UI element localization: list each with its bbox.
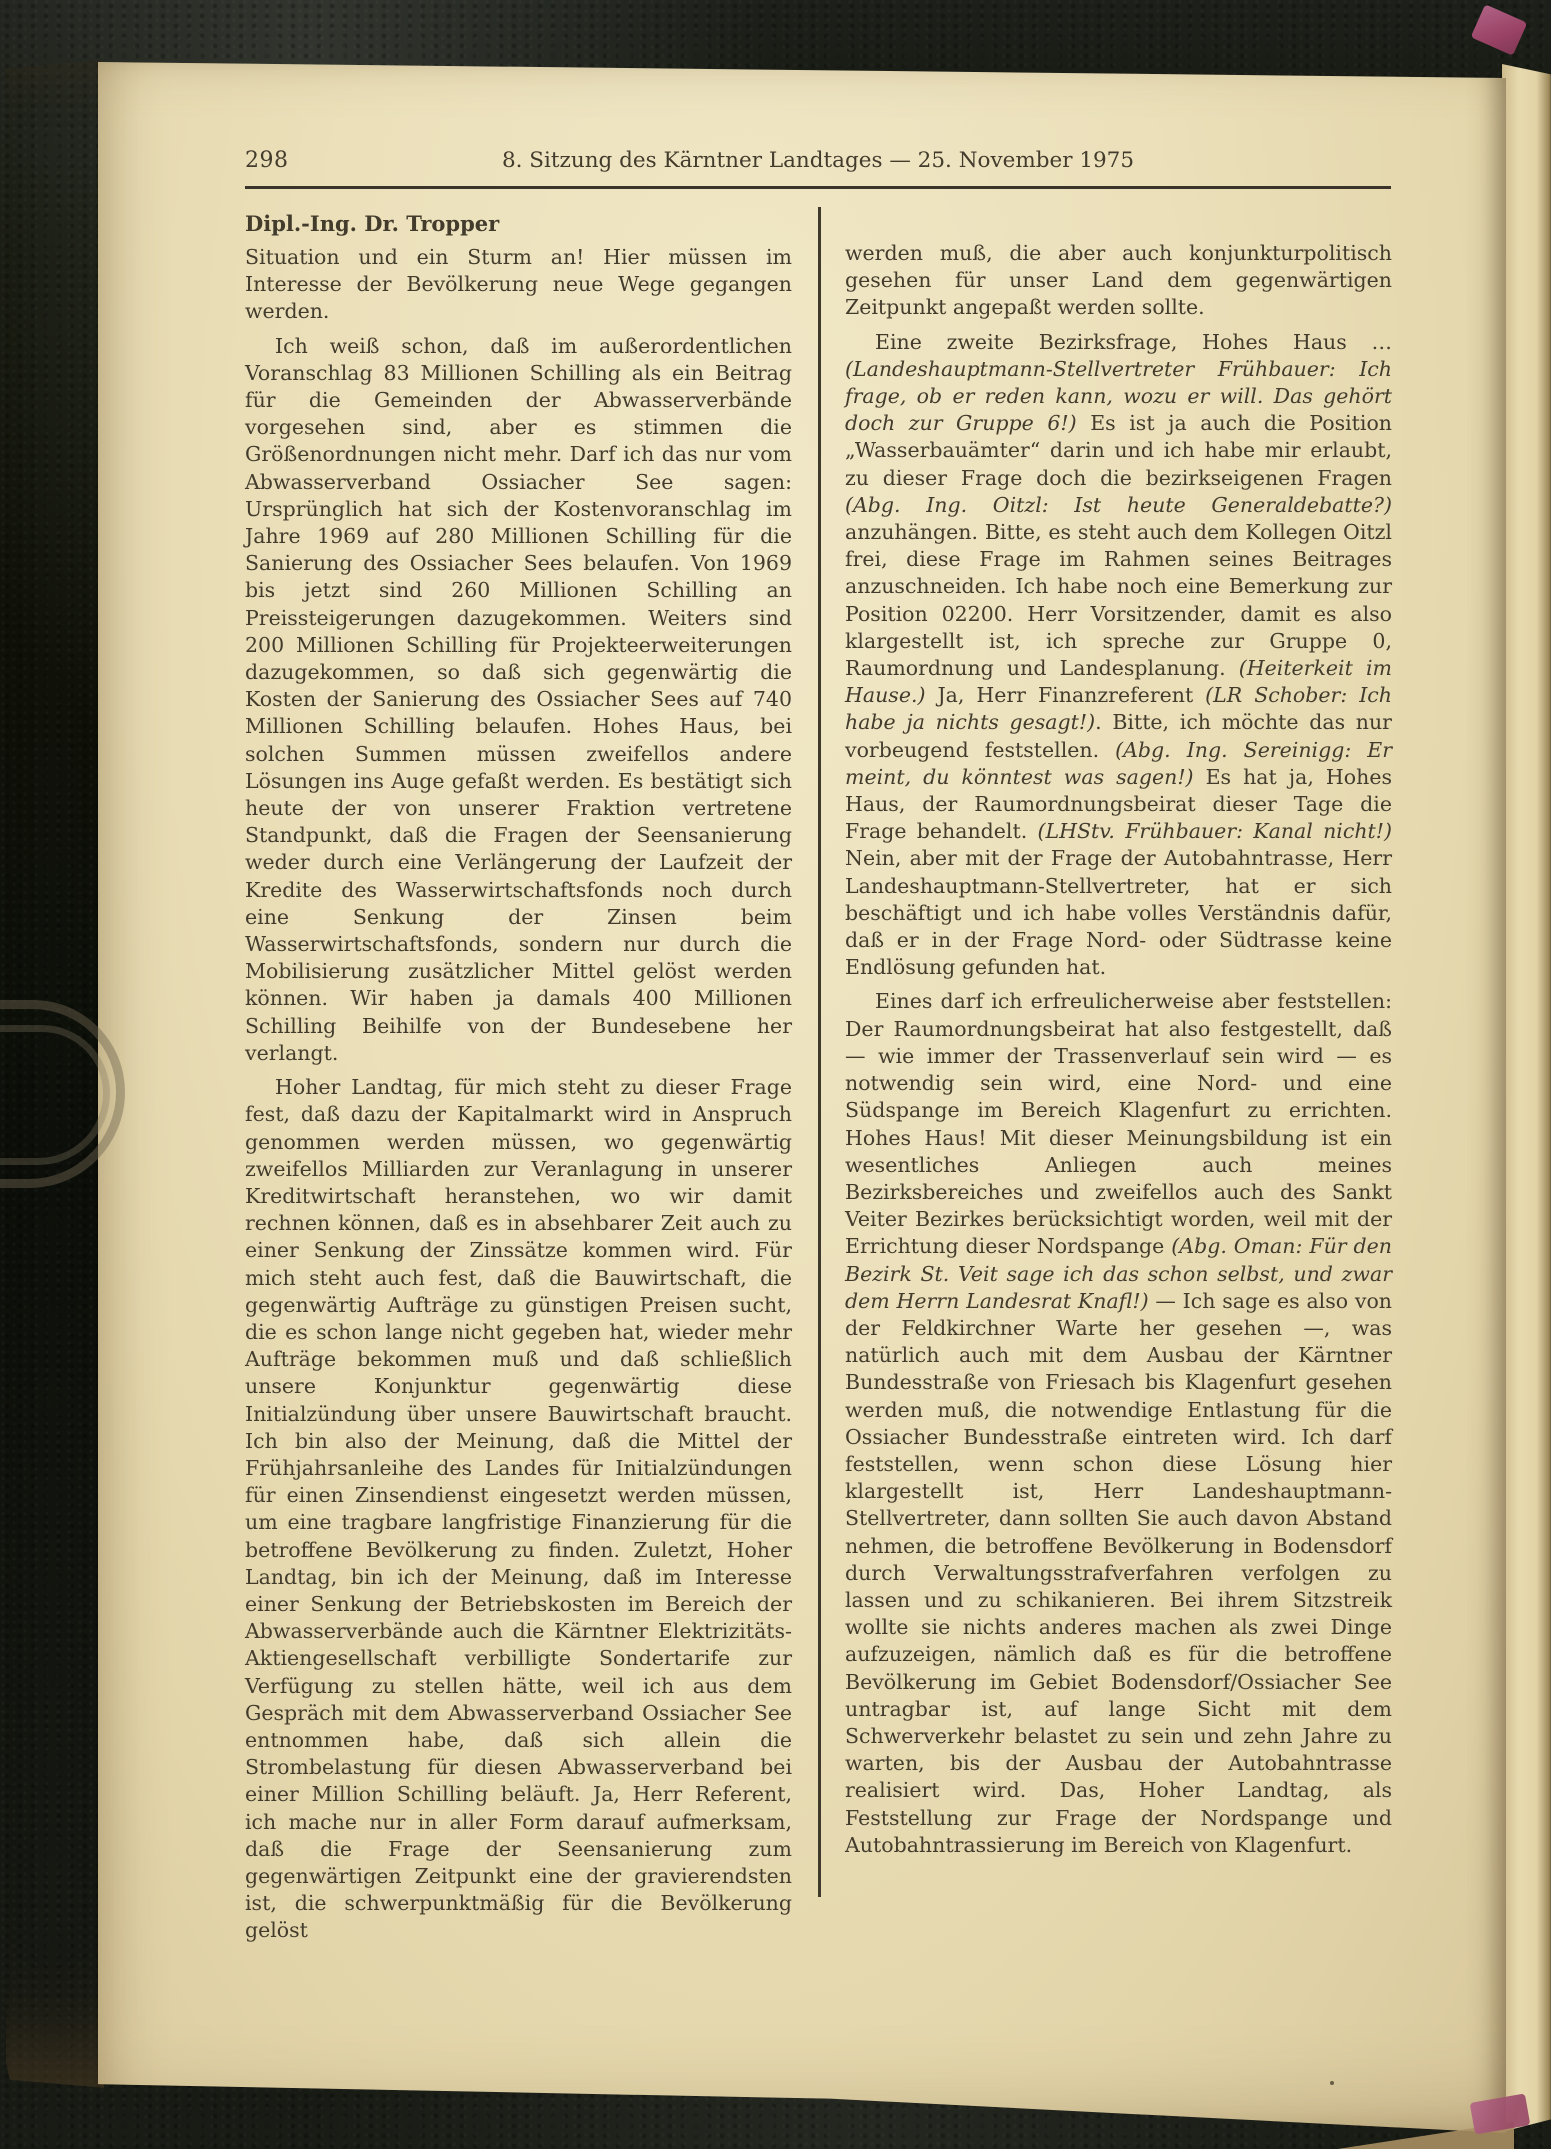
paragraph: werden muß, die aber auch konjunkturpoli… bbox=[845, 240, 1392, 322]
column-right: werden muß, die aber auch konjunkturpoli… bbox=[845, 240, 1392, 1859]
paragraph: Ich weiß schon, daß im außerordentlichen… bbox=[245, 333, 792, 1067]
paragraph: Eines darf ich erfreulicherweise aber fe… bbox=[845, 988, 1392, 1859]
adjacent-page-edge bbox=[1502, 64, 1551, 2136]
page-surface: 298 8. Sitzung des Kärntner Landtages — … bbox=[98, 56, 1506, 2134]
paragraph: Hoher Landtag, für mich steht zu dieser … bbox=[245, 1074, 792, 1945]
paragraph: Eine zweite Bezirksfrage, Hohes Haus … (… bbox=[845, 329, 1392, 982]
header-rule bbox=[245, 186, 1391, 189]
paragraph: Situation und ein Sturm an! Hier müssen … bbox=[245, 244, 792, 326]
ink-speck bbox=[1330, 2081, 1334, 2085]
book-photo: 298 8. Sitzung des Kärntner Landtages — … bbox=[0, 0, 1551, 2149]
speaker-name: Dipl.-Ing. Dr. Tropper bbox=[245, 210, 792, 237]
column-left: Dipl.-Ing. Dr. Tropper Situation und ein… bbox=[245, 210, 792, 1945]
column-divider-rule bbox=[818, 207, 821, 1897]
running-header: 8. Sitzung des Kärntner Landtages — 25. … bbox=[245, 148, 1391, 173]
